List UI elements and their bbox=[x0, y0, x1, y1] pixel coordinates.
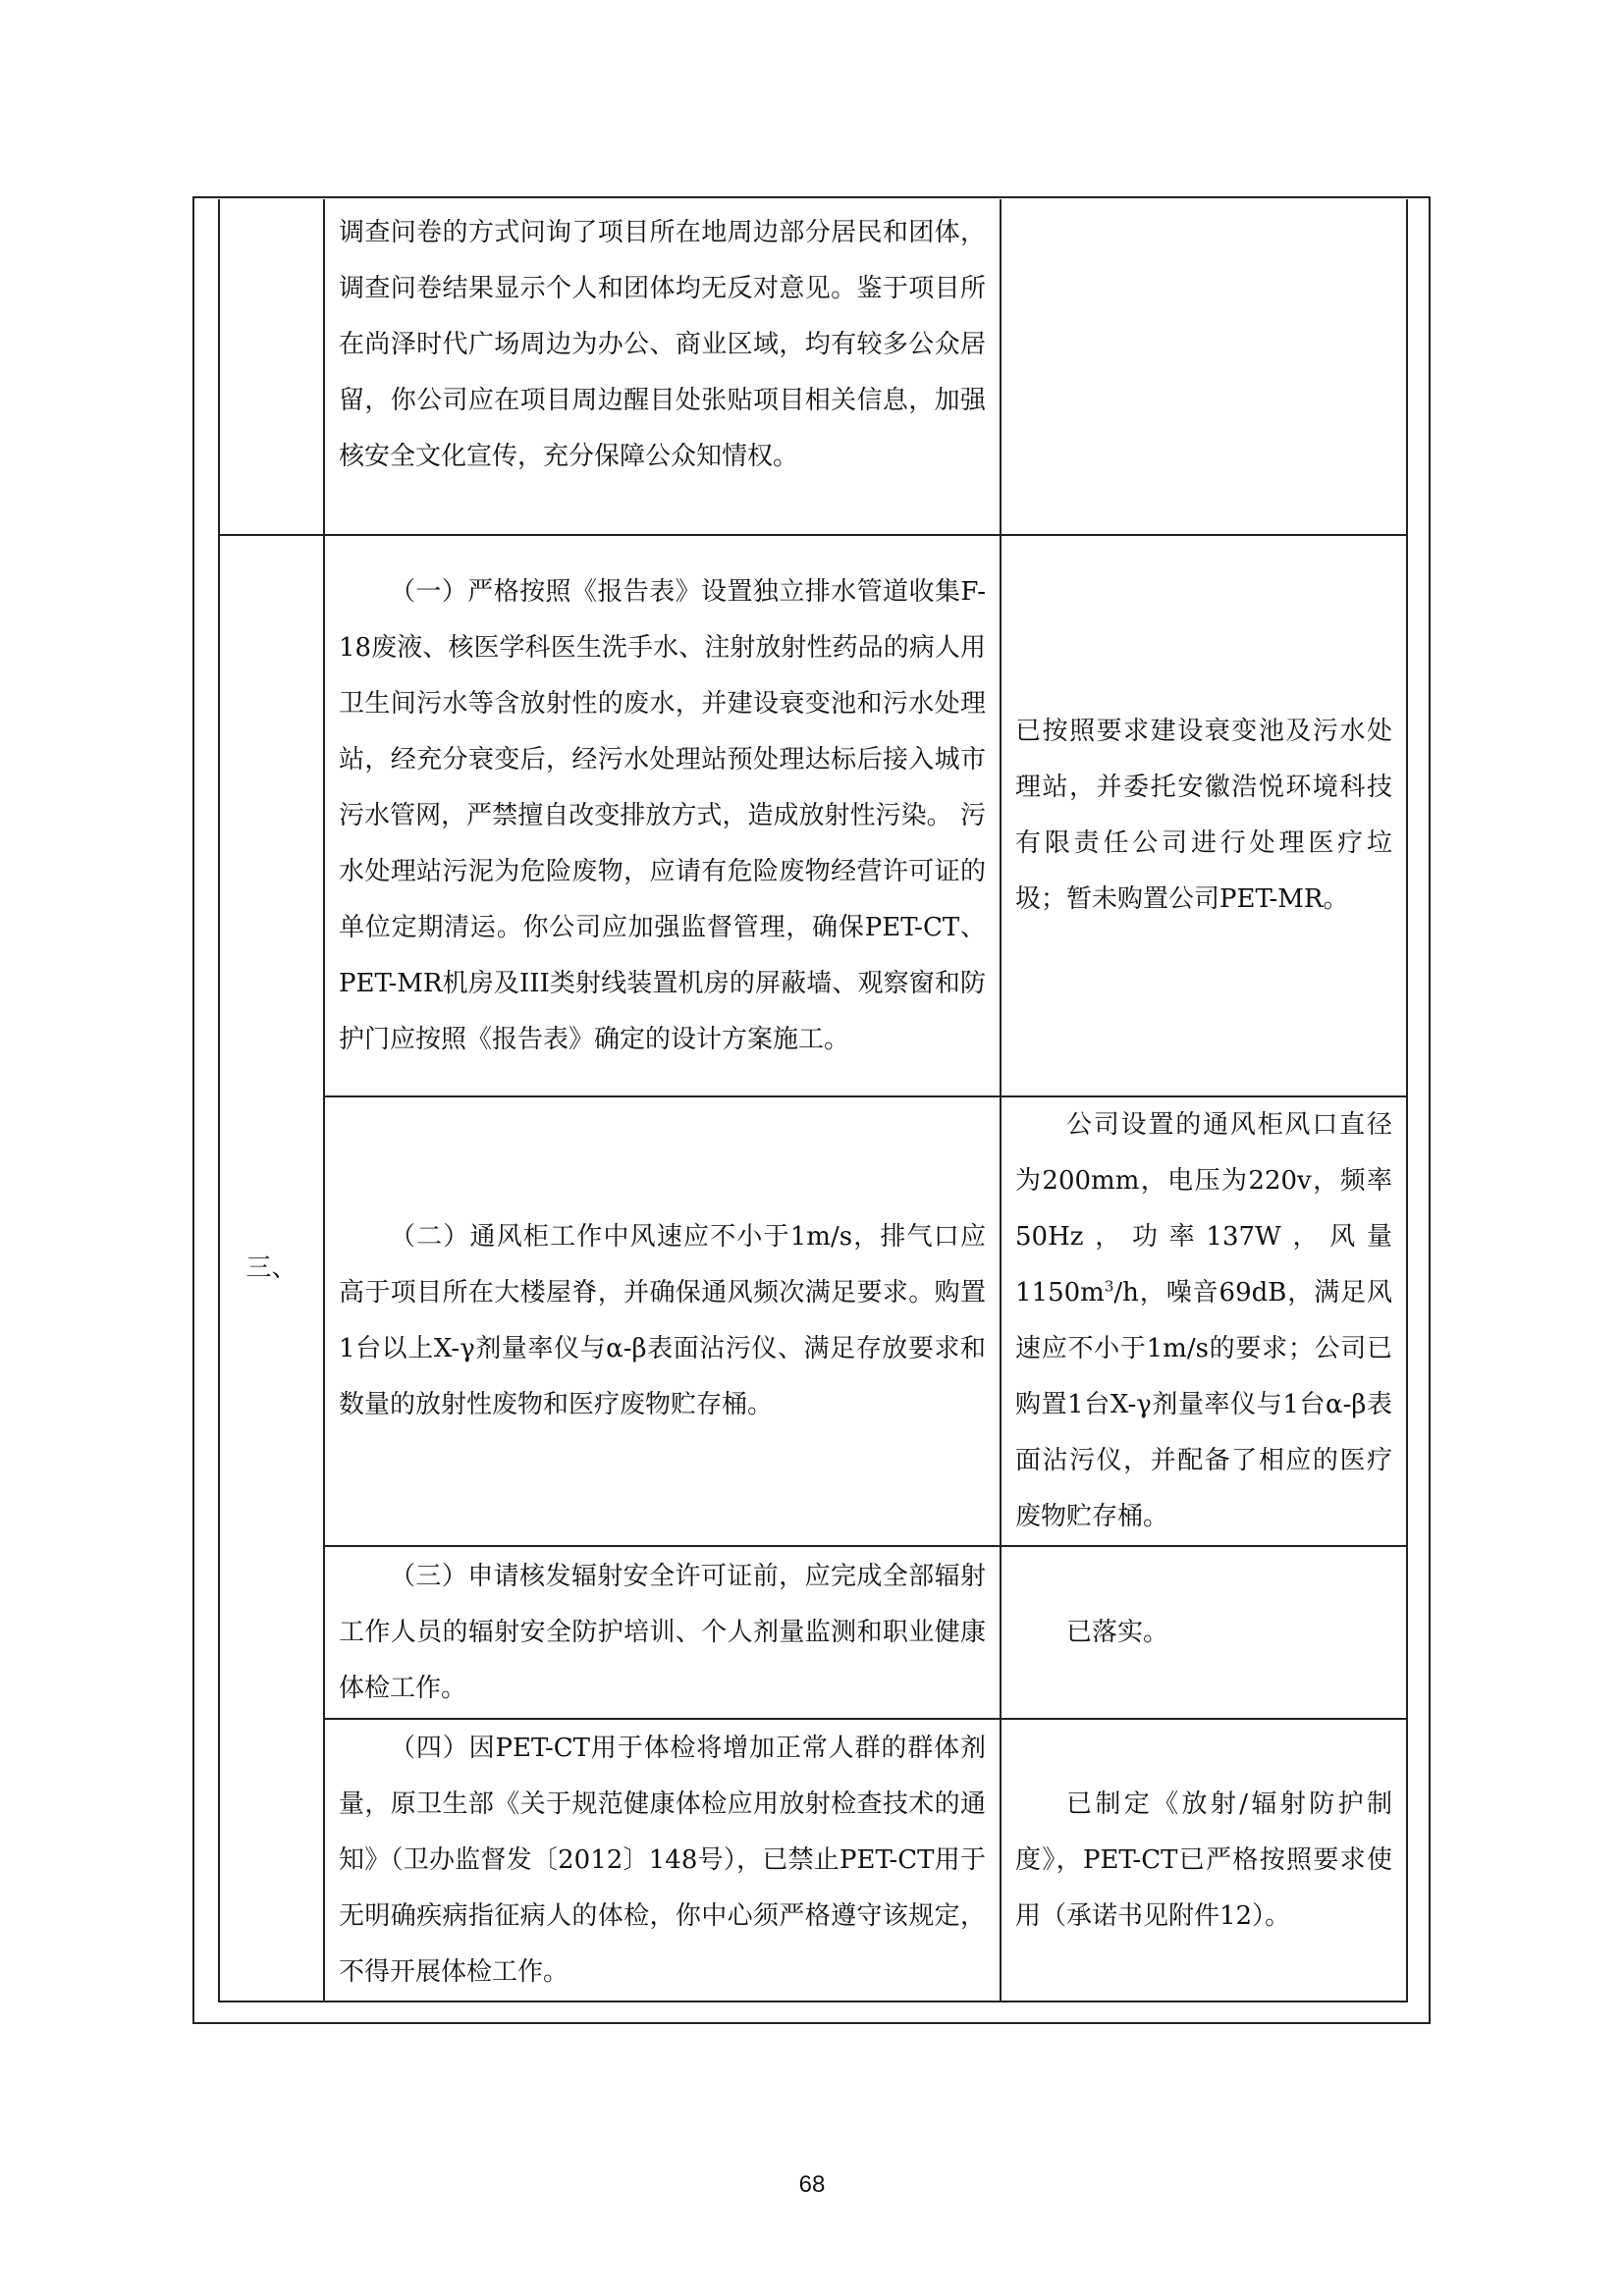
section-label: 三、 bbox=[219, 535, 324, 2002]
requirement-cell: （四）因PET-CT用于体检将增加正常人群的群体剂量，原卫生部《关于规范健康体检… bbox=[324, 1719, 1001, 2002]
page-number: 68 bbox=[0, 2171, 1624, 2199]
requirement-text: 调查问卷的方式问询了项目所在地周边部分居民和团体，调查问卷结果显示个人和团体均无… bbox=[339, 205, 986, 485]
implementation-cell: 已按照要求建设衰变池及污水处理站，并委托安徽浩悦环境科技有限责任公司进行处理医疗… bbox=[1001, 535, 1407, 1096]
superscript: 3 bbox=[1105, 1277, 1114, 1295]
implementation-text: 已落实。 bbox=[1015, 1605, 1392, 1661]
implementation-cell: 已制定《放射/辐射防护制度》，PET-CT已严格按照要求使用（承诺书见附件12）… bbox=[1001, 1719, 1407, 2002]
requirement-text: （四）因PET-CT用于体检将增加正常人群的群体剂量，原卫生部《关于规范健康体检… bbox=[339, 1721, 986, 2001]
implementation-cell bbox=[1001, 199, 1407, 535]
requirement-cell: （三）申请核发辐射安全许可证前，应完成全部辐射工作人员的辐射安全防护培训、个人剂… bbox=[324, 1546, 1001, 1719]
implementation-cell: 已落实。 bbox=[1001, 1546, 1407, 1719]
table-row: 三、 （一）严格按照《报告表》设置独立排水管道收集F-18废液、核医学科医生洗手… bbox=[219, 535, 1407, 1096]
requirement-text: （三）申请核发辐射安全许可证前，应完成全部辐射工作人员的辐射安全防护培训、个人剂… bbox=[339, 1549, 986, 1717]
implementation-cell: 公司设置的通风柜风口直径为200mm，电压为220v，频率50Hz，功率137W… bbox=[1001, 1096, 1407, 1546]
implementation-text: 公司设置的通风柜风口直径为200mm，电压为220v，频率50Hz，功率137W… bbox=[1015, 1097, 1392, 1545]
implementation-text-part: /h，噪音69dB，满足风速应不小于1m/s的要求；公司已购置1台X-γ剂量率仪… bbox=[1015, 1278, 1392, 1531]
implementation-text: 已制定《放射/辐射防护制度》，PET-CT已严格按照要求使用（承诺书见附件12）… bbox=[1015, 1777, 1392, 1945]
requirement-cell: 调查问卷的方式问询了项目所在地周边部分居民和团体，调查问卷结果显示个人和团体均无… bbox=[324, 199, 1001, 535]
section-cell bbox=[219, 199, 324, 535]
table-row: （三）申请核发辐射安全许可证前，应完成全部辐射工作人员的辐射安全防护培训、个人剂… bbox=[219, 1546, 1407, 1719]
table-row: （二）通风柜工作中风速应不小于1m/s，排气口应高于项目所在大楼屋脊，并确保通风… bbox=[219, 1096, 1407, 1546]
table-row: 调查问卷的方式问询了项目所在地周边部分居民和团体，调查问卷结果显示个人和团体均无… bbox=[219, 199, 1407, 535]
implementation-text: 已按照要求建设衰变池及污水处理站，并委托安徽浩悦环境科技有限责任公司进行处理医疗… bbox=[1015, 704, 1392, 928]
requirement-text: （一）严格按照《报告表》设置独立排水管道收集F-18废液、核医学科医生洗手水、注… bbox=[339, 564, 986, 1068]
table-row: （四）因PET-CT用于体检将增加正常人群的群体剂量，原卫生部《关于规范健康体检… bbox=[219, 1719, 1407, 2002]
compliance-table: 调查问卷的方式问询了项目所在地周边部分居民和团体，调查问卷结果显示个人和团体均无… bbox=[218, 199, 1408, 2002]
requirement-cell: （一）严格按照《报告表》设置独立排水管道收集F-18废液、核医学科医生洗手水、注… bbox=[324, 535, 1001, 1096]
requirement-cell: （二）通风柜工作中风速应不小于1m/s，排气口应高于项目所在大楼屋脊，并确保通风… bbox=[324, 1096, 1001, 1546]
requirement-text: （二）通风柜工作中风速应不小于1m/s，排气口应高于项目所在大楼屋脊，并确保通风… bbox=[339, 1209, 986, 1433]
